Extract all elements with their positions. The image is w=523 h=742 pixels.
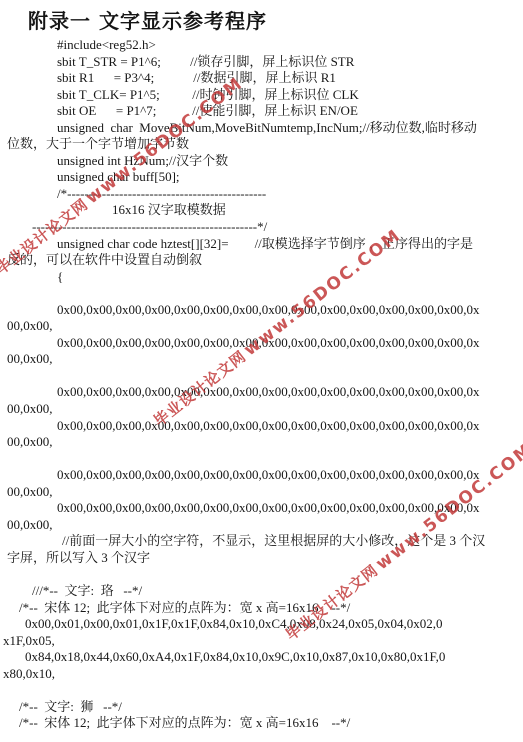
code-line: sbit T_STR = P1^6; //锁存引脚，屏上标识位 STR [0,54,523,71]
code-line: 位数，大于一个字节增加字节数 [0,136,523,153]
code-line: 0x00,0x00,0x00,0x00,0x00,0x00,0x00,0x00,… [0,467,523,484]
page-title: 附录一 文字显示参考程序 [28,5,267,34]
code-line: 00,0x00, [0,318,523,335]
code-line [0,567,523,584]
code-line: unsigned char code hztest[][32]= //取模选择字… [0,236,523,253]
code-line: 0x00,0x01,0x00,0x01,0x1F,0x1F,0x84,0x10,… [0,616,523,633]
code-line: /*-- 宋体 12; 此字体下对应的点阵为：宽 x 高=16x16 --*/ [0,715,523,732]
code-line [0,285,523,302]
code-line: /*-- 文字: 狮 --*/ [0,699,523,716]
code-line: sbit R1 = P3^4; //数据引脚，屏上标识 R1 [0,70,523,87]
code-line [0,682,523,699]
code-line: 00,0x00, [0,517,523,534]
code-line: sbit OE = P1^7; //使能引脚，屏上标识 EN/OE [0,103,523,120]
code-line: x1F,0x05, [0,633,523,650]
code-line: sbit T_CLK= P1^5; //时钟引脚，屏上标识位 CLK [0,87,523,104]
code-line: 字屏，所以写入 3 个汉字 [0,550,523,567]
code-line: 00,0x00, [0,401,523,418]
code-line: 0x00,0x00,0x00,0x00,0x00,0x00,0x00,0x00,… [0,302,523,319]
code-line: 反的，可以在软件中设置自动倒叙 [0,252,523,269]
code-line [0,368,523,385]
code-line: #include<reg52.h> [0,37,523,54]
code-line: 00,0x00, [0,434,523,451]
document-page: 附录一 文字显示参考程序 #include<reg52.h>sbit T_STR… [0,0,523,742]
code-line: unsigned int HzNum;//汉字个数 [0,153,523,170]
code-line: x80,0x10, [0,666,523,683]
code-line: unsigned char buff[50]; [0,169,523,186]
code-line: 0x00,0x00,0x00,0x00,0x00,0x00,0x00,0x00,… [0,418,523,435]
code-line: 0x00,0x00,0x00,0x00,0x00,0x00,0x00,0x00,… [0,500,523,517]
code-line: /*-- 宋体 12; 此字体下对应的点阵为：宽 x 高=16x16 --*/ [0,600,523,617]
code-line: 0x00,0x00,0x00,0x00,0x00,0x00,0x00,0x00,… [0,384,523,401]
code-line: 0x00,0x00,0x00,0x00,0x00,0x00,0x00,0x00,… [0,335,523,352]
code-line: //前面一屏大小的空字符，不显示，这里根据屏的大小修改，这个是 3 个汉 [0,533,523,550]
code-line: unsigned char MoveBitNum,MoveBitNumtemp,… [0,120,523,137]
code-line: 00,0x00, [0,484,523,501]
code-line [0,451,523,468]
code-line: 0x84,0x18,0x44,0x60,0xA4,0x1F,0x84,0x10,… [0,649,523,666]
code-line: ----------------------------------------… [0,219,523,236]
code-block: #include<reg52.h>sbit T_STR = P1^6; //锁存… [0,37,523,732]
code-line: 16x16 汉字取模数据 [0,202,523,219]
code-line: 00,0x00, [0,351,523,368]
code-line: ///*-- 文字: 珞 --*/ [0,583,523,600]
code-line: { [0,269,523,286]
code-line: /*--------------------------------------… [0,186,523,203]
